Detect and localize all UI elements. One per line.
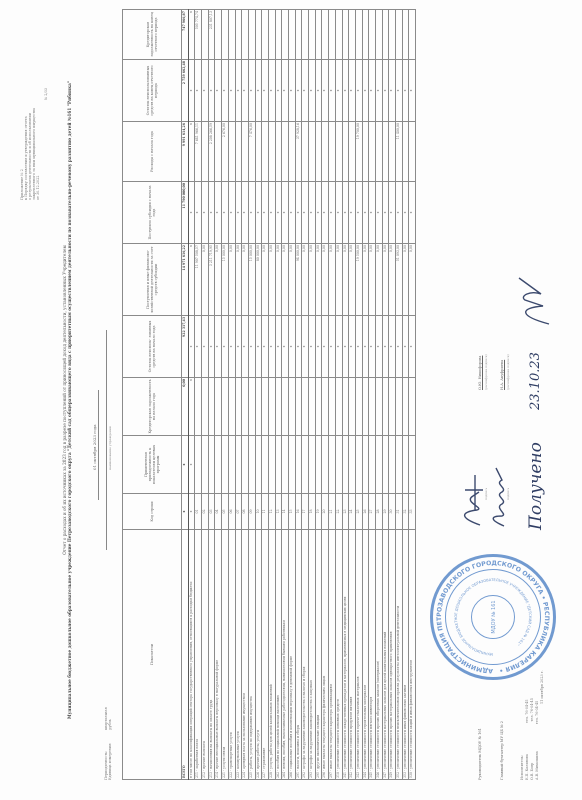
table-row: 352 - увеличение стоимости неисключитель… (396, 10, 403, 780)
accountant-signature-scribble (488, 460, 510, 530)
cell-receipts: 0,00 (309, 244, 316, 316)
cell-balance-end: x (349, 60, 356, 122)
accountant-name: Н.А. Акуфриева (500, 360, 504, 390)
cell-payable-end (349, 10, 356, 60)
cell-balance-end: x (208, 60, 215, 122)
cell-code: 09 (248, 494, 255, 530)
total-payable-end: 747 966,87 (182, 10, 189, 60)
cell-payable-end: 505 774,74 (195, 10, 202, 60)
cell-expenses (268, 122, 275, 182)
cell-balance-end: x (215, 60, 222, 122)
cell-expenses (335, 122, 342, 182)
cell-balance-start: x (235, 316, 242, 378)
col-header: Остаток неиспользованных средств на коне… (123, 60, 182, 122)
cell-payable-start (335, 378, 342, 436)
title-line-2: Муниципальное бюджетное дошкольное образ… (67, 81, 72, 719)
cell-payable-end (375, 10, 382, 60)
cell-subsidy: x (235, 182, 242, 244)
total-program: x (182, 436, 189, 494)
cell-program (382, 436, 389, 494)
cell-subsidy: x (188, 182, 195, 244)
cell-payable-start (255, 378, 262, 436)
cell-label: 345 - увеличение стоимости мягкого инвен… (369, 530, 376, 780)
table-row: в том числе по классификации операций се… (188, 10, 195, 780)
cell-payable-end (282, 10, 289, 60)
cell-balance-end: x (195, 60, 202, 122)
cell-code: 23 (342, 494, 349, 530)
cell-balance-start: x (396, 316, 403, 378)
cell-payable-start (302, 378, 309, 436)
cell-balance-end: x (382, 60, 389, 122)
cell-code: 01 (195, 494, 202, 530)
cell-code: 08 (242, 494, 249, 530)
cell-subsidy: x (329, 182, 336, 244)
cell-receipts: 0,00 (389, 244, 396, 316)
table-row: 211 - заработная плата01x11 907 508,57x7… (195, 10, 202, 780)
cell-expenses (302, 122, 309, 182)
table-header-row: Показатели Код строки Примененная принад… (123, 10, 182, 780)
cell-label: 212 - прочие выплаты (202, 530, 209, 780)
cell-subsidy: x (289, 182, 296, 244)
cell-balance-end: x (409, 60, 416, 122)
cell-balance-end: x (335, 60, 342, 122)
cell-expenses: 19 700,00 (355, 122, 362, 182)
cell-balance-end: x (255, 60, 262, 122)
cell-payable-start (228, 378, 235, 436)
cell-balance-end: x (362, 60, 369, 122)
cell-subsidy: x (375, 182, 382, 244)
col-header: Код строки (123, 494, 182, 530)
cell-receipts: 0,00 (329, 244, 336, 316)
unit-value: рубль (108, 719, 112, 729)
cell-payable-start (389, 378, 396, 436)
meta-block: Периодичность: квартальная Единица измер… (104, 660, 112, 780)
cell-payable-start (382, 378, 389, 436)
cell-expenses (315, 122, 322, 182)
cell-balance-end: x (275, 60, 282, 122)
cell-payable-start (396, 378, 403, 436)
cell-balance-end: x (329, 60, 336, 122)
cell-expenses (309, 122, 316, 182)
head-name: О.Ю. Никифорова (478, 356, 482, 390)
cell-expenses: 7 476,00 (248, 122, 255, 182)
cell-code: 16 (295, 494, 302, 530)
cell-program (275, 436, 282, 494)
cell-label: 222 - транспортные услуги (228, 530, 235, 780)
cell-subsidy: x (355, 182, 362, 244)
cell-balance-start: x (335, 316, 342, 378)
cell-balance-start: x (195, 316, 202, 378)
cell-payable-end (262, 10, 269, 60)
cell-label: 297 - иные выплаты текущего характера ор… (329, 530, 336, 780)
cell-receipts: 0,00 (282, 244, 289, 316)
cell-code: 02 (202, 494, 209, 530)
cell-payable-start (355, 378, 362, 436)
cell-payable-end (275, 10, 282, 60)
cell-label: 224 - арендная плата за пользование имущ… (242, 530, 249, 780)
cell-expenses (369, 122, 376, 182)
report-table: Показатели Код строки Примененная принад… (122, 9, 416, 780)
cell-code: 21 (329, 494, 336, 530)
cell-subsidy: x (215, 182, 222, 244)
table-row: 353 - увеличение стоимости иных финансов… (402, 10, 409, 780)
cell-payable-end (396, 10, 403, 60)
cell-balance-start: x (222, 316, 229, 378)
cell-label: 530 - увеличение стоимости акций и иных … (409, 530, 416, 780)
cell-payable-start (375, 378, 382, 436)
cell-label: 347 - увеличение стоимости материальных … (382, 530, 389, 780)
cell-expenses (342, 122, 349, 182)
table-row: 222 - транспортные услуги06x0,00xx (228, 10, 235, 780)
cell-code: 15 (289, 494, 296, 530)
cell-payable-start (248, 378, 255, 436)
table-row: 349 - увеличение стоимости прочих матери… (389, 10, 396, 780)
cell-code: 06 (228, 494, 235, 530)
cell-code: 03 (208, 494, 215, 530)
cell-code: 17 (302, 494, 309, 530)
cell-receipts: 0,00 (322, 244, 329, 316)
period-underline (98, 390, 99, 500)
cell-label: 291 - налоги, пошлины и сборы (295, 530, 302, 780)
cell-payable-end (235, 10, 242, 60)
cell-payable-end (369, 10, 376, 60)
cell-payable-end (409, 10, 416, 60)
cell-subsidy: x (382, 182, 389, 244)
total-row: ВСЕГО x x 0,00 922 317,43 14 971 616,22 … (182, 10, 189, 780)
cell-subsidy: x (362, 182, 369, 244)
cell-label: 346 - увеличение стоимости прочих оборот… (375, 530, 382, 780)
table-row: 262 - пособия по социальной помощи насел… (275, 10, 282, 780)
cell-receipts: 0,00 (289, 244, 296, 316)
cell-balance-end: x (188, 60, 195, 122)
cell-balance-start: x (369, 316, 376, 378)
cell-program (228, 436, 235, 494)
cell-program (349, 436, 356, 494)
cell-balance-end: x (396, 60, 403, 122)
cell-code: 10 (255, 494, 262, 530)
cell-receipts: 0,00 (202, 244, 209, 316)
cell-subsidy: x (255, 182, 262, 244)
report-period: 01 октября 2023 года (92, 424, 97, 470)
cell-payable-start (222, 378, 229, 436)
cell-label: 226 - прочие работы, услуги (255, 530, 262, 780)
cell-balance-end: x (342, 60, 349, 122)
cell-balance-end: x (282, 60, 289, 122)
cell-label: 225 - работы, услуги по содержанию имуще… (248, 530, 255, 780)
cell-program (268, 436, 275, 494)
cell-expenses (349, 122, 356, 182)
head-signature-scribble (455, 470, 487, 530)
cell-label: 344 - увеличение стоимости строительных … (362, 530, 369, 780)
cell-payable-start (295, 378, 302, 436)
cell-payable-end (215, 10, 222, 60)
cell-label: 214 - прочие несоциальные выплаты персон… (215, 530, 222, 780)
cell-code: 11 (262, 494, 269, 530)
cell-subsidy: x (208, 182, 215, 244)
cell-payable-end: 231 807,13 (208, 10, 215, 60)
executors-date: 11 октября 2023 г. (540, 630, 545, 704)
cell-balance-start: x (389, 316, 396, 378)
cell-label: 342 - увеличение стоимости продуктов пит… (349, 530, 356, 780)
cell-label: 264 - пенсии, пособия, выплачиваемые раб… (282, 530, 289, 780)
col-header: Поступило субсидии с начала года (123, 182, 182, 244)
cell-payable-end (302, 10, 309, 60)
cell-code: 33 (409, 494, 416, 530)
cell-program (235, 436, 242, 494)
cell-subsidy: x (195, 182, 202, 244)
cell-label: 341 - увеличение стоимости лекарственных… (342, 530, 349, 780)
cell-label: 213 - начисления на выплаты по оплате тр… (208, 530, 215, 780)
cell-program (355, 436, 362, 494)
cell-expenses: 7 641 966,11 (195, 122, 202, 182)
cell-label: 310 - увеличение стоимости основных сред… (335, 530, 342, 780)
cell-balance-start: x (375, 316, 382, 378)
cell-payable-start (315, 378, 322, 436)
cell-label: 211 - заработная плата (195, 530, 202, 780)
cell-receipts: 0,00 (375, 244, 382, 316)
cell-balance-end: x (355, 60, 362, 122)
cell-payable-end (248, 10, 255, 60)
cell-receipts: 0,00 (262, 244, 269, 316)
cell-label: 266 - социальные пособия и компенсации п… (289, 530, 296, 780)
cell-code: 25 (355, 494, 362, 530)
cell-payable-end (295, 10, 302, 60)
cell-expenses (242, 122, 249, 182)
cell-code: 14 (282, 494, 289, 530)
cell-expenses: 2 208 266,59 (208, 122, 215, 182)
cell-payable-end (322, 10, 329, 60)
cell-payable-end (362, 10, 369, 60)
cell-subsidy: x (396, 182, 403, 244)
table-row: 226 - прочие работы, услуги10x80 000,00x… (255, 10, 262, 780)
cell-label: 293 - штрафы за нарушение законодательст… (309, 530, 316, 780)
cell-receipts: 0,00 (335, 244, 342, 316)
cell-payable-end (342, 10, 349, 60)
cell-program (248, 436, 255, 494)
cell-balance-end: x (202, 60, 209, 122)
cell-expenses (262, 122, 269, 182)
cell-program (215, 436, 222, 494)
cell-payable-start (202, 378, 209, 436)
cell-balance-end: x (295, 60, 302, 122)
cell-balance-start: x (355, 316, 362, 378)
cell-balance-start: x (329, 316, 336, 378)
cell-balance-start: x (349, 316, 356, 378)
cell-code: 31 (396, 494, 403, 530)
table-row: 212 - прочие выплаты02x0,00xx (202, 10, 209, 780)
cell-label: 228 - услуги, работы для целей капитальн… (268, 530, 275, 780)
cell-receipts: 0,00 (228, 244, 235, 316)
cell-label: 223 - коммунальные услуги (235, 530, 242, 780)
cell-expenses (202, 122, 209, 182)
cell-expenses (235, 122, 242, 182)
cell-receipts: 15 000,00 (248, 244, 255, 316)
cell-balance-end: x (309, 60, 316, 122)
table-row: 214 - прочие несоциальные выплаты персон… (215, 10, 222, 780)
cell-code: 22 (335, 494, 342, 530)
cell-subsidy: x (322, 182, 329, 244)
col-header: Примененная принадлежность к показателям… (123, 436, 182, 494)
cell-payable-end (309, 10, 316, 60)
cell-payable-end (228, 10, 235, 60)
cell-payable-start (409, 378, 416, 436)
table-row: 225 - работы, услуги по содержанию имуще… (248, 10, 255, 780)
cell-payable-end: x (188, 10, 195, 60)
cell-balance-end: x (289, 60, 296, 122)
cell-program (262, 436, 269, 494)
cell-balance-start: x (248, 316, 255, 378)
cell-subsidy: x (309, 182, 316, 244)
accountant-signature-label: Главный бухгалтер МУ ЦБ № 2 (500, 721, 504, 780)
cell-balance-start: x (409, 316, 416, 378)
total-expenses: 9 991 614,26 (182, 122, 189, 182)
cell-payable-start (362, 378, 369, 436)
table-row: 228 - услуги, работы для целей капитальн… (268, 10, 275, 780)
table-row: 530 - увеличение стоимости акций и иных … (409, 10, 416, 780)
cell-label: 349 - увеличение стоимости прочих матери… (389, 530, 396, 780)
cell-balance-end: x (222, 60, 229, 122)
total-label: ВСЕГО (182, 530, 189, 780)
cell-receipts: 51 093,00 (396, 244, 403, 316)
cell-payable-start (208, 378, 215, 436)
svg-text:МДОУ № 161: МДОУ № 161 (491, 600, 497, 633)
cell-receipts: 0,00 (409, 244, 416, 316)
cell-program (409, 436, 416, 494)
cell-subsidy: x (315, 182, 322, 244)
cell-subsidy: x (335, 182, 342, 244)
cell-balance-start: x (382, 316, 389, 378)
cell-balance-end: x (369, 60, 376, 122)
cell-code: 28 (375, 494, 382, 530)
cell-code: 26 (362, 494, 369, 530)
cell-expenses: 11 400,00 (396, 122, 403, 182)
table-row: 295 - другие экономические санкции19x0,0… (315, 10, 322, 780)
cell-payable-start (275, 378, 282, 436)
col-header: Показатели (123, 530, 182, 780)
cell-label: 295 - другие экономические санкции (315, 530, 322, 780)
cell-payable-end (382, 10, 389, 60)
cell-payable-end (329, 10, 336, 60)
cell-subsidy: x (402, 182, 409, 244)
accountant-name-caption: (расшифровка подписи) (506, 354, 510, 390)
cell-program (362, 436, 369, 494)
cell-payable-start (215, 378, 222, 436)
unit-label: Единица измерения: (108, 743, 112, 780)
cell-receipts: 94 000,00 (295, 244, 302, 316)
cell-program (222, 436, 229, 494)
cell-code: 12 (268, 494, 275, 530)
cell-label: 292 - штрафы за нарушение законодательст… (302, 530, 309, 780)
cell-subsidy: x (369, 182, 376, 244)
cell-balance-start: x (188, 316, 195, 378)
cell-payable-start (195, 378, 202, 436)
col-header: Поступления и иные финансово- хозяйствен… (123, 244, 182, 316)
cell-program (208, 436, 215, 494)
cell-payable-start (289, 378, 296, 436)
cell-program (396, 436, 403, 494)
cell-subsidy: x (268, 182, 275, 244)
cell-code: 19 (315, 494, 322, 530)
table-row: 345 - увеличение стоимости мягкого инвен… (369, 10, 376, 780)
cell-expenses (362, 122, 369, 182)
cell-program (389, 436, 396, 494)
cell-subsidy: x (282, 182, 289, 244)
head-signature-label: Руководитель МДОУ № 161 (478, 728, 482, 780)
cell-code: 32 (402, 494, 409, 530)
cell-program (402, 436, 409, 494)
cell-program (329, 436, 336, 494)
cell-expenses (329, 122, 336, 182)
org-underline (106, 330, 107, 550)
cell-receipts: 0,00 (402, 244, 409, 316)
cell-balance-start: x (262, 316, 269, 378)
cell-code: 13 (275, 494, 282, 530)
cell-balance-start: x (289, 316, 296, 378)
cell-balance-start: x (362, 316, 369, 378)
cell-label: в том числе по классификации операций се… (188, 530, 195, 780)
table-row: 221 - услуги связи05x15 000,00x2 676,00x (222, 10, 229, 780)
cell-label: 296 - иные выплаты текущего характера фи… (322, 530, 329, 780)
table-row: 224 - арендная плата за пользование имущ… (242, 10, 249, 780)
cell-payable-end (289, 10, 296, 60)
cell-code: 05 (222, 494, 229, 530)
cell-program (342, 436, 349, 494)
cell-payable-end (222, 10, 229, 60)
table-row: 344 - увеличение стоимости строительных … (362, 10, 369, 780)
cell-balance-start: x (309, 316, 316, 378)
table-row: 266 - социальные пособия и компенсации п… (289, 10, 296, 780)
cell-receipts: 0,00 (315, 244, 322, 316)
receiver-signature-scribble (515, 270, 555, 330)
cell-program: x (188, 436, 195, 494)
cell-balance-end: x (402, 60, 409, 122)
cell-expenses (228, 122, 235, 182)
cell-subsidy: x (202, 182, 209, 244)
cell-expenses (375, 122, 382, 182)
cell-balance-end: x (235, 60, 242, 122)
total-subsidy: 11 790 000,00 (182, 182, 189, 244)
cell-balance-end: x (315, 60, 322, 122)
report-sheet: Приложение № 2 к Порядку составления и у… (0, 0, 582, 800)
cell-payable-start (268, 378, 275, 436)
cell-receipts: 0,00 (275, 244, 282, 316)
cell-program (369, 436, 376, 494)
appendix-number: № 2/33 (44, 20, 48, 100)
cell-balance-end: x (389, 60, 396, 122)
cell-subsidy: x (342, 182, 349, 244)
cell-payable-start (282, 378, 289, 436)
cell-code: 30 (389, 494, 396, 530)
cell-balance-start: x (402, 316, 409, 378)
cell-label: 343 - увеличение стоимости горюче-смазоч… (355, 530, 362, 780)
total-balance-start: 922 317,43 (182, 316, 189, 378)
cell-balance-end: x (242, 60, 249, 122)
appendix-line: от 30.12.2022 (36, 20, 40, 200)
cell-receipts: 0,00 (369, 244, 376, 316)
cell-receipts: 0,00 (268, 244, 275, 316)
cell-balance-start: x (275, 316, 282, 378)
cell-receipts: 0,00 (349, 244, 356, 316)
cell-subsidy: x (389, 182, 396, 244)
total-balance-end: 2 759 662,48 (182, 60, 189, 122)
cell-receipts: 0,00 (215, 244, 222, 316)
cell-payable-end (255, 10, 262, 60)
cell-balance-start: x (228, 316, 235, 378)
cell-payable-start (369, 378, 376, 436)
cell-balance-start: x (215, 316, 222, 378)
cell-code: 24 (349, 494, 356, 530)
cell-balance-start: x (342, 316, 349, 378)
